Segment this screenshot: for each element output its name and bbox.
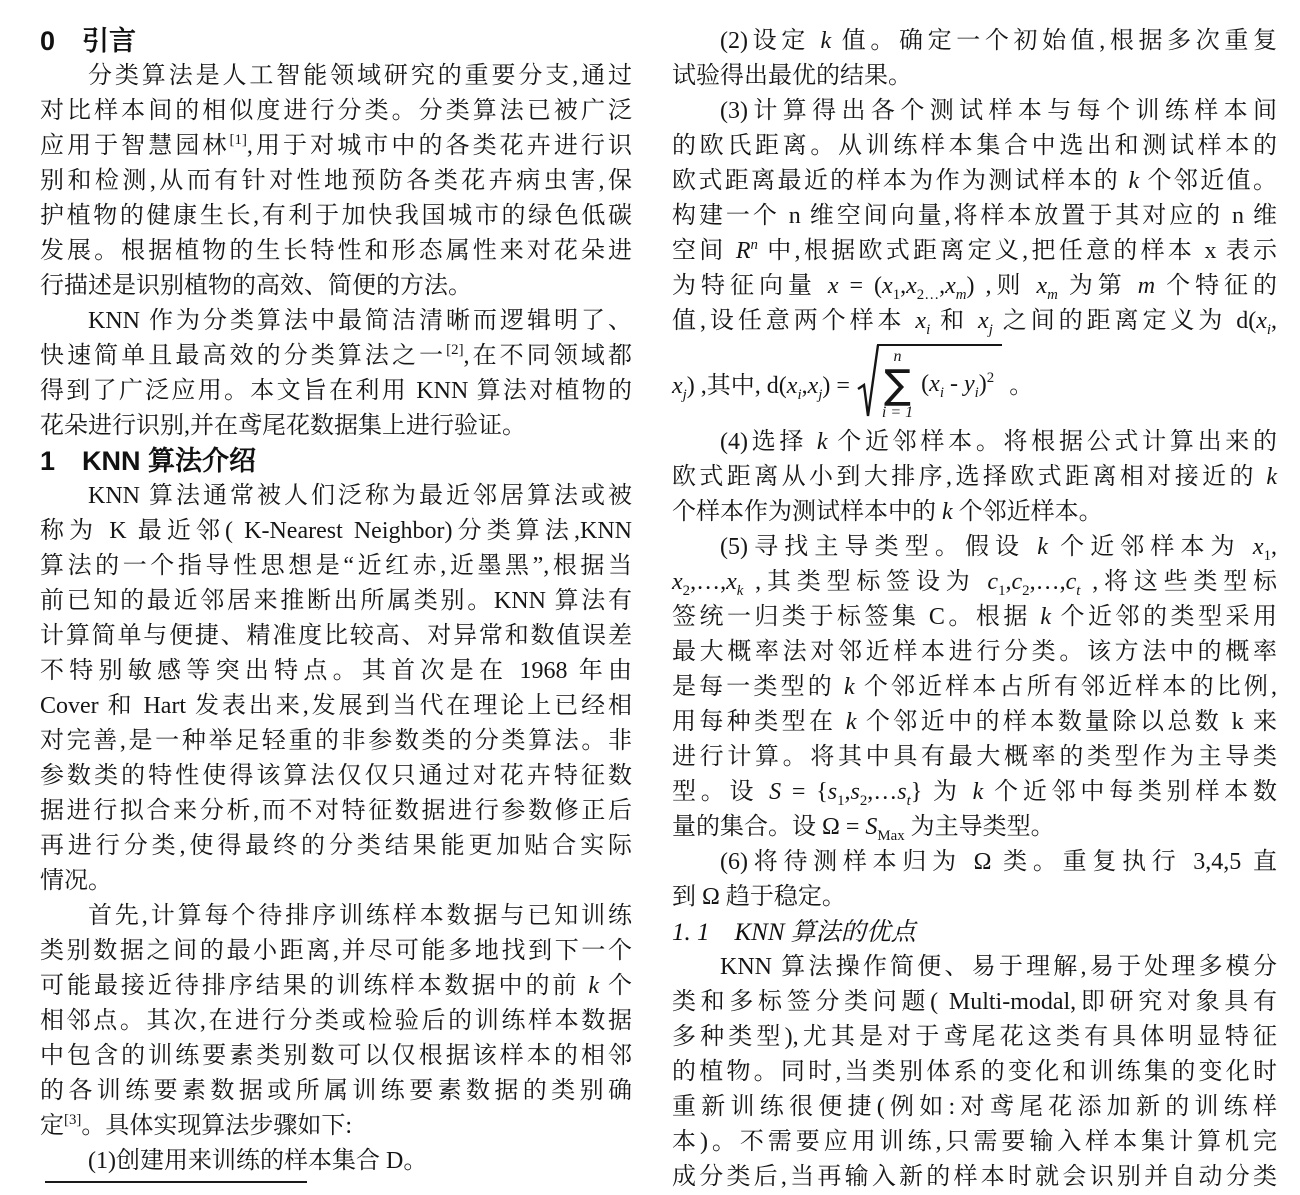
citation-ref: [1] [230,132,247,148]
math-var: x [808,373,819,399]
text-line: 得到了广泛应用。本文旨在利用 KNN 算法对植物的 [40,374,632,409]
math-var: x [906,273,917,299]
math-var: S [769,779,781,805]
euclidean-distance-formula: xj) ,其中, d(xi,xj) = n∑i = 1(xi - yi)2 。 [672,339,1277,425]
text-line: 进行计算。将其中具有最大概率的类型作为主导类 [672,740,1277,775]
math-var: x [882,273,893,299]
text-line: 定[3]。具体实现算法步骤如下: [40,1109,632,1144]
paragraph: KNN 算法通常被人们泛称为最近邻居算法或被称为 K 最近邻( K-Neares… [40,479,632,899]
text-line: 据进行拟合来分析,而不对特征数据进行参数修正后 [40,794,632,829]
math-var: c [1066,569,1077,595]
sigma-icon: ∑ [884,366,911,404]
paragraph: (4)选择 k 个近邻样本。将根据公式计算出来的欧式距离从小到大排序,选择欧式距… [672,425,1277,530]
text-line: 快速简单且最高效的分类算法之一[2],在不同领域都 [40,339,632,374]
math-var: k [844,674,855,700]
paragraph: KNN 算法操作简便、易于理解,易于处理多模分类和多标签分类问题( Multi-… [672,950,1277,1195]
footnote-rule [45,1181,307,1183]
column-left: 0 引言分类算法是人工智能领域研究的重要分支,通过对比样本间的相似度进行分类。分… [40,24,632,1179]
math-var: x [672,373,683,399]
text-line: 分类算法是人工智能领域研究的重要分支,通过 [40,59,632,94]
math-var: x [978,308,989,334]
math-var: m [1138,273,1155,299]
text-line: 花朵进行识别,并在鸢尾花数据集上进行验证。 [40,409,632,444]
text-line: 用每种类型在 k 个邻近中的样本数量除以总数 k 来 [672,705,1277,740]
paragraph: (1)创建用来训练的样本集合 D。 [40,1144,632,1179]
math-var: x [1256,308,1267,334]
math-var: x [945,273,956,299]
math-var: y [964,371,975,397]
math-var: 1 [893,287,900,303]
paragraph: (2)设定 k 值。确定一个初始值,根据多次重复试验得出最优的结果。 [672,24,1277,94]
text-line: 试验得出最优的结果。 [672,59,1277,94]
text-line: (5)寻找主导类型。假设 k 个近邻样本为 x1, [672,530,1277,565]
text-line: 称为 K 最近邻( K-Nearest Neighbor)分类算法,KNN [40,514,632,549]
math-var: x [787,373,798,399]
math-var: i [940,385,944,401]
math-var: m [956,287,967,303]
text-line: 的各训练要素数据或所属训练要素数据的类别确 [40,1074,632,1109]
section-heading: 1. 1 KNN 算法的优点 [672,915,1277,950]
text-line: 是每一类型的 k 个邻近样本占所有邻近样本的比例, [672,670,1277,705]
math-var: n [751,237,758,253]
text-line: x2,…,xk ,其类型标签设为 c1,c2,…,ct ,将这些类型标 [672,565,1277,600]
text-line: 发展。根据植物的生长特性和形态属性来对花朵进 [40,234,632,269]
text-line: 前已知的最近邻居来推断出所属类别。KNN 算法有 [40,584,632,619]
math-var: m [1047,287,1058,303]
citation-ref: [3] [64,1112,81,1128]
math-var: 2… [917,287,939,303]
math-var: k [1037,534,1048,560]
text-line: 应用于智慧园林[1],用于对城市中的各类花卉进行识 [40,129,632,164]
math-var: k [1040,604,1051,630]
text-line: 为特征向量 x = (x1,x2…,xm) ,则 xm 为第 m 个特征的 [672,269,1277,304]
text-line: 成分类后,当再输入新的样本时就会识别并自动分类 [672,1160,1277,1195]
paragraph: (3)计算得出各个测试样本与每个训练样本间的欧氏距离。从训练样本集合中选出和测试… [672,94,1277,339]
text-line: 中包含的训练要素类别数可以仅根据该样本的相邻 [40,1039,632,1074]
text-line: 类和多标签分类问题( Multi-modal,即研究对象具有 [672,985,1277,1020]
text-line: 首先,计算每个待排序训练样本数据与已知训练 [40,899,632,934]
text-line: 多种类型),尤其是对于鸢尾花这类有具体明显特征 [672,1020,1277,1055]
math-var: c [987,569,998,595]
text-line: 空间 Rn 中,根据欧式距离定义,把任意的样本 x 表示 [672,234,1277,269]
math-var: j [683,386,687,402]
math-var: j [818,386,822,402]
math-var: 2 [683,583,690,599]
column-right: (2)设定 k 值。确定一个初始值,根据多次重复试验得出最优的结果。(3)计算得… [672,24,1277,1195]
paragraph: KNN 作为分类算法中最简洁清晰而逻辑明了、快速简单且最高效的分类算法之一[2]… [40,304,632,444]
text-line: KNN 算法通常被人们泛称为最近邻居算法或被 [40,479,632,514]
text-line: 重新训练很便捷(例如:对鸢尾花添加新的训练样 [672,1090,1277,1125]
sum-lower-limit: i = 1 [882,404,913,422]
math-var: k [973,779,984,805]
text-line: (2)设定 k 值。确定一个初始值,根据多次重复 [672,24,1277,59]
section-heading: 0 引言 [40,24,632,59]
paragraph: (5)寻找主导类型。假设 k 个近邻样本为 x1,x2,…,xk ,其类型标签设… [672,530,1277,845]
math-var: c [1012,569,1023,595]
text-line: 签统一归类于标签集 C。根据 k 个近邻的类型采用 [672,600,1277,635]
math-var: i [975,385,979,401]
text-line: (1)创建用来训练的样本集合 D。 [40,1144,632,1179]
math-var: i [1267,322,1271,338]
text-line: (4)选择 k 个近邻样本。将根据公式计算出来的 [672,425,1277,460]
document-page: 0 引言分类算法是人工智能领域研究的重要分支,通过对比样本间的相似度进行分类。分… [0,0,1300,1195]
text-line: 最大概率法对邻近样本进行分类。该方法中的概率 [672,635,1277,670]
math-var: k [588,973,599,999]
math-var: s [851,779,860,805]
radical-icon [857,343,879,421]
text-line: 相邻点。其次,在进行分类或检验后的训练样本数据 [40,1004,632,1039]
paragraph: (6)将待测样本归为 Ω 类。重复执行 3,4,5 直到 Ω 趋于稳定。 [672,845,1277,915]
text-line: 型。设 S = {s1,s2,…st} 为 k 个近邻中每类别样本数 [672,775,1277,810]
math-var: k [1266,464,1277,490]
text-line: 值,设任意两个样本 xi 和 xj 之间的距离定义为 d(xi, [672,304,1277,339]
text-line: 到 Ω 趋于稳定。 [672,880,1277,915]
text-line: 不特别敏感等突出特点。其首次是在 1968 年由 [40,654,632,689]
text-line: 再进行分类,使得最终的分类结果能更加贴合实际 [40,829,632,864]
text-line: 欧式距离最近的样本为作为测试样本的 k 个邻近值。 [672,164,1277,199]
math-var: S [865,814,877,840]
math-var: x [1253,534,1264,560]
text-line: 的欧氏距离。从训练样本集合中选出和测试样本的 [672,129,1277,164]
text-line: 别和检测,从而有针对性地预防各类花卉病虫害,保 [40,164,632,199]
math-var: i [926,322,930,338]
text-line: Cover 和 Hart 发表出来,发展到当代在理论上已经相 [40,689,632,724]
paragraph: 首先,计算每个待排序训练样本数据与已知训练类别数据之间的最小距离,并尽可能多地找… [40,899,632,1144]
math-var: x [672,569,683,595]
text-line: 欧式距离从小到大排序,选择欧式距离相对接近的 k [672,460,1277,495]
formula-end: 。 [1003,365,1033,400]
radicand: n∑i = 1(xi - yi)2 [877,344,1002,420]
text-line: KNN 作为分类算法中最简洁清晰而逻辑明了、 [40,304,632,339]
math-var: k [1129,168,1140,194]
math-var: 1 [1264,548,1271,564]
math-var: 2 [860,793,867,809]
math-var: 2 [1022,583,1029,599]
text-line: 对比样本间的相似度进行分类。分类算法已被广泛 [40,94,632,129]
math-var: s [828,779,837,805]
math-var: k [817,429,828,455]
paragraph: 分类算法是人工智能领域研究的重要分支,通过对比样本间的相似度进行分类。分类算法已… [40,59,632,304]
math-var: 2 [987,370,994,386]
text-line: 可能最接近待排序结果的训练样本数据中的前 k 个 [40,969,632,1004]
math-var: s [897,779,906,805]
math-var: k [737,583,744,599]
summand: (xi - yi)2 [921,371,994,398]
citation-ref: [2] [446,342,463,358]
math-var: x [726,569,737,595]
math-var: x [1036,273,1047,299]
math-var: 1 [837,793,844,809]
text-line: 对完善,是一种举足轻重的非参数类的分类算法。非 [40,724,632,759]
summation: n∑i = 1 [882,348,913,421]
square-root: n∑i = 1(xi - yi)2 [857,343,1002,421]
text-line: 个样本作为测试样本中的 k 个邻近样本。 [672,495,1277,530]
math-var: t [1076,583,1080,599]
formula-lhs: xj) ,其中, d(xi,xj) = [672,365,856,400]
math-var: R [736,238,751,264]
text-line: 本)。不需要应用训练,只需要输入样本集计算机完 [672,1125,1277,1160]
text-line: 算法的一个指导性思想是“近红赤,近墨黑”,根据当 [40,549,632,584]
text-line: 类别数据之间的最小距离,并尽可能多地找到下一个 [40,934,632,969]
text-line: 量的集合。设 Ω = SMax 为主导类型。 [672,810,1277,845]
math-var: t [907,793,911,809]
text-line: 情况。 [40,864,632,899]
text-line: 计算简单与便捷、精准度比较高、对异常和数值误差 [40,619,632,654]
math-var: 1 [998,583,1005,599]
math-var: i [797,386,801,402]
math-var: x [929,371,940,397]
section-heading: 1 KNN 算法介绍 [40,444,632,479]
text-line: KNN 算法操作简便、易于理解,易于处理多模分 [672,950,1277,985]
text-line: 的植物。同时,当类别体系的变化和训练集的变化时 [672,1055,1277,1090]
text-line: (6)将待测样本归为 Ω 类。重复执行 3,4,5 直 [672,845,1277,880]
text-line: (3)计算得出各个测试样本与每个训练样本间 [672,94,1277,129]
text-line: 参数类的特性使得该算法仅仅只通过对花卉特征数 [40,759,632,794]
math-var: j [989,322,993,338]
text-line: 护植物的健康生长,有利于加快我国城市的绿色低碳 [40,199,632,234]
math-var: k [942,499,953,525]
math-var: Max [877,828,904,844]
math-var: x [828,273,839,299]
math-var: k [846,709,857,735]
math-var: x [915,308,926,334]
math-var: k [820,28,831,54]
text-line: 构建一个 n 维空间向量,将样本放置于其对应的 n 维 [672,199,1277,234]
text-line: 行描述是识别植物的高效、简便的方法。 [40,269,632,304]
